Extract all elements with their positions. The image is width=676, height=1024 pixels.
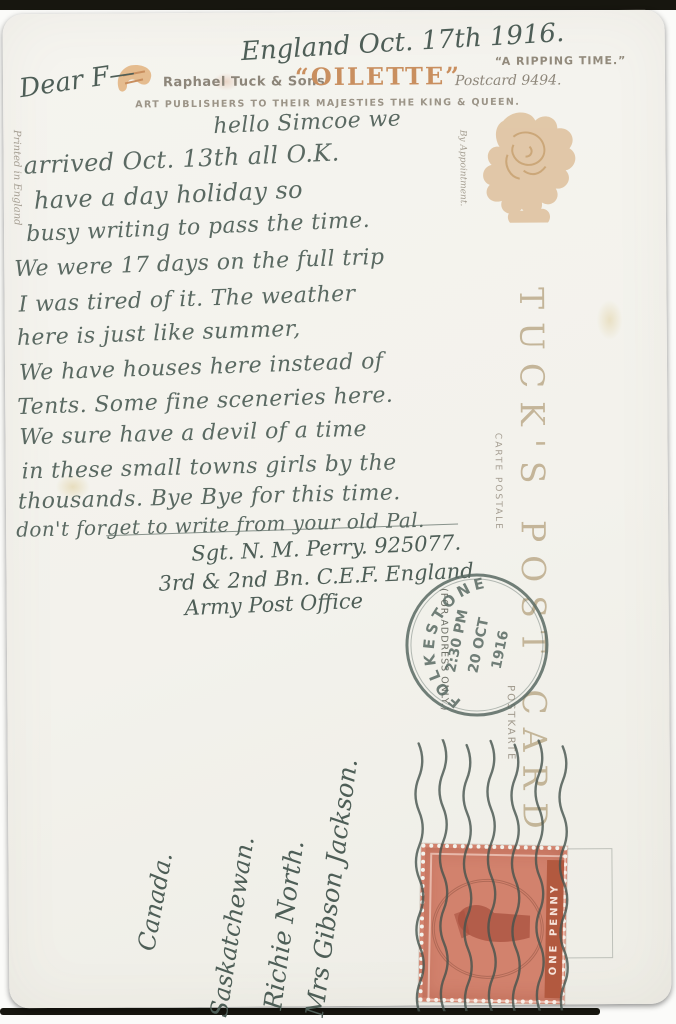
message-line: Tents. Some fine sceneries here.	[17, 383, 394, 420]
printed-in-england: Printed in England	[11, 113, 23, 243]
cancellation-lines	[407, 738, 585, 1011]
postcard: “A RIPPING TIME.” Raphael Tuck & Sons’ “…	[3, 10, 672, 1009]
message-line: We sure have a devil of a time	[19, 417, 367, 450]
postmark: FOLKESTONE 2:30 PM 20 OCT 1916	[398, 566, 555, 723]
message-line: busy writing to pass the time.	[26, 208, 371, 247]
message-line: hello Simcoe we	[213, 106, 402, 139]
message-line: We were 17 days on the full trip	[14, 245, 385, 282]
message-line: have a day holiday so	[33, 176, 303, 215]
card-title: “A RIPPING TIME.”	[495, 54, 627, 68]
by-appointment: By Appointment.	[457, 113, 468, 223]
message-line: I was tired of it. The weather	[18, 281, 356, 317]
message-line: here is just like summer,	[16, 317, 301, 351]
postcard-number: Postcard 9494.	[455, 72, 562, 89]
address-line-country: Canada.	[132, 751, 196, 953]
message-line: in these small towns girls by the	[21, 450, 396, 484]
series-name: “OILETTE”	[295, 61, 461, 91]
scan-edge-top	[0, 0, 676, 10]
message-line: arrived Oct. 13th all O.K.	[23, 138, 340, 179]
royal-lion-crest-icon	[473, 106, 586, 233]
card-name-vertical: TUCK'S POST CARD	[512, 287, 555, 807]
postmark-year: 1916	[489, 629, 513, 670]
message-line: We have houses here instead of	[19, 349, 384, 386]
stain	[597, 300, 623, 340]
carte-postale: CARTE POSTALE	[492, 422, 503, 542]
